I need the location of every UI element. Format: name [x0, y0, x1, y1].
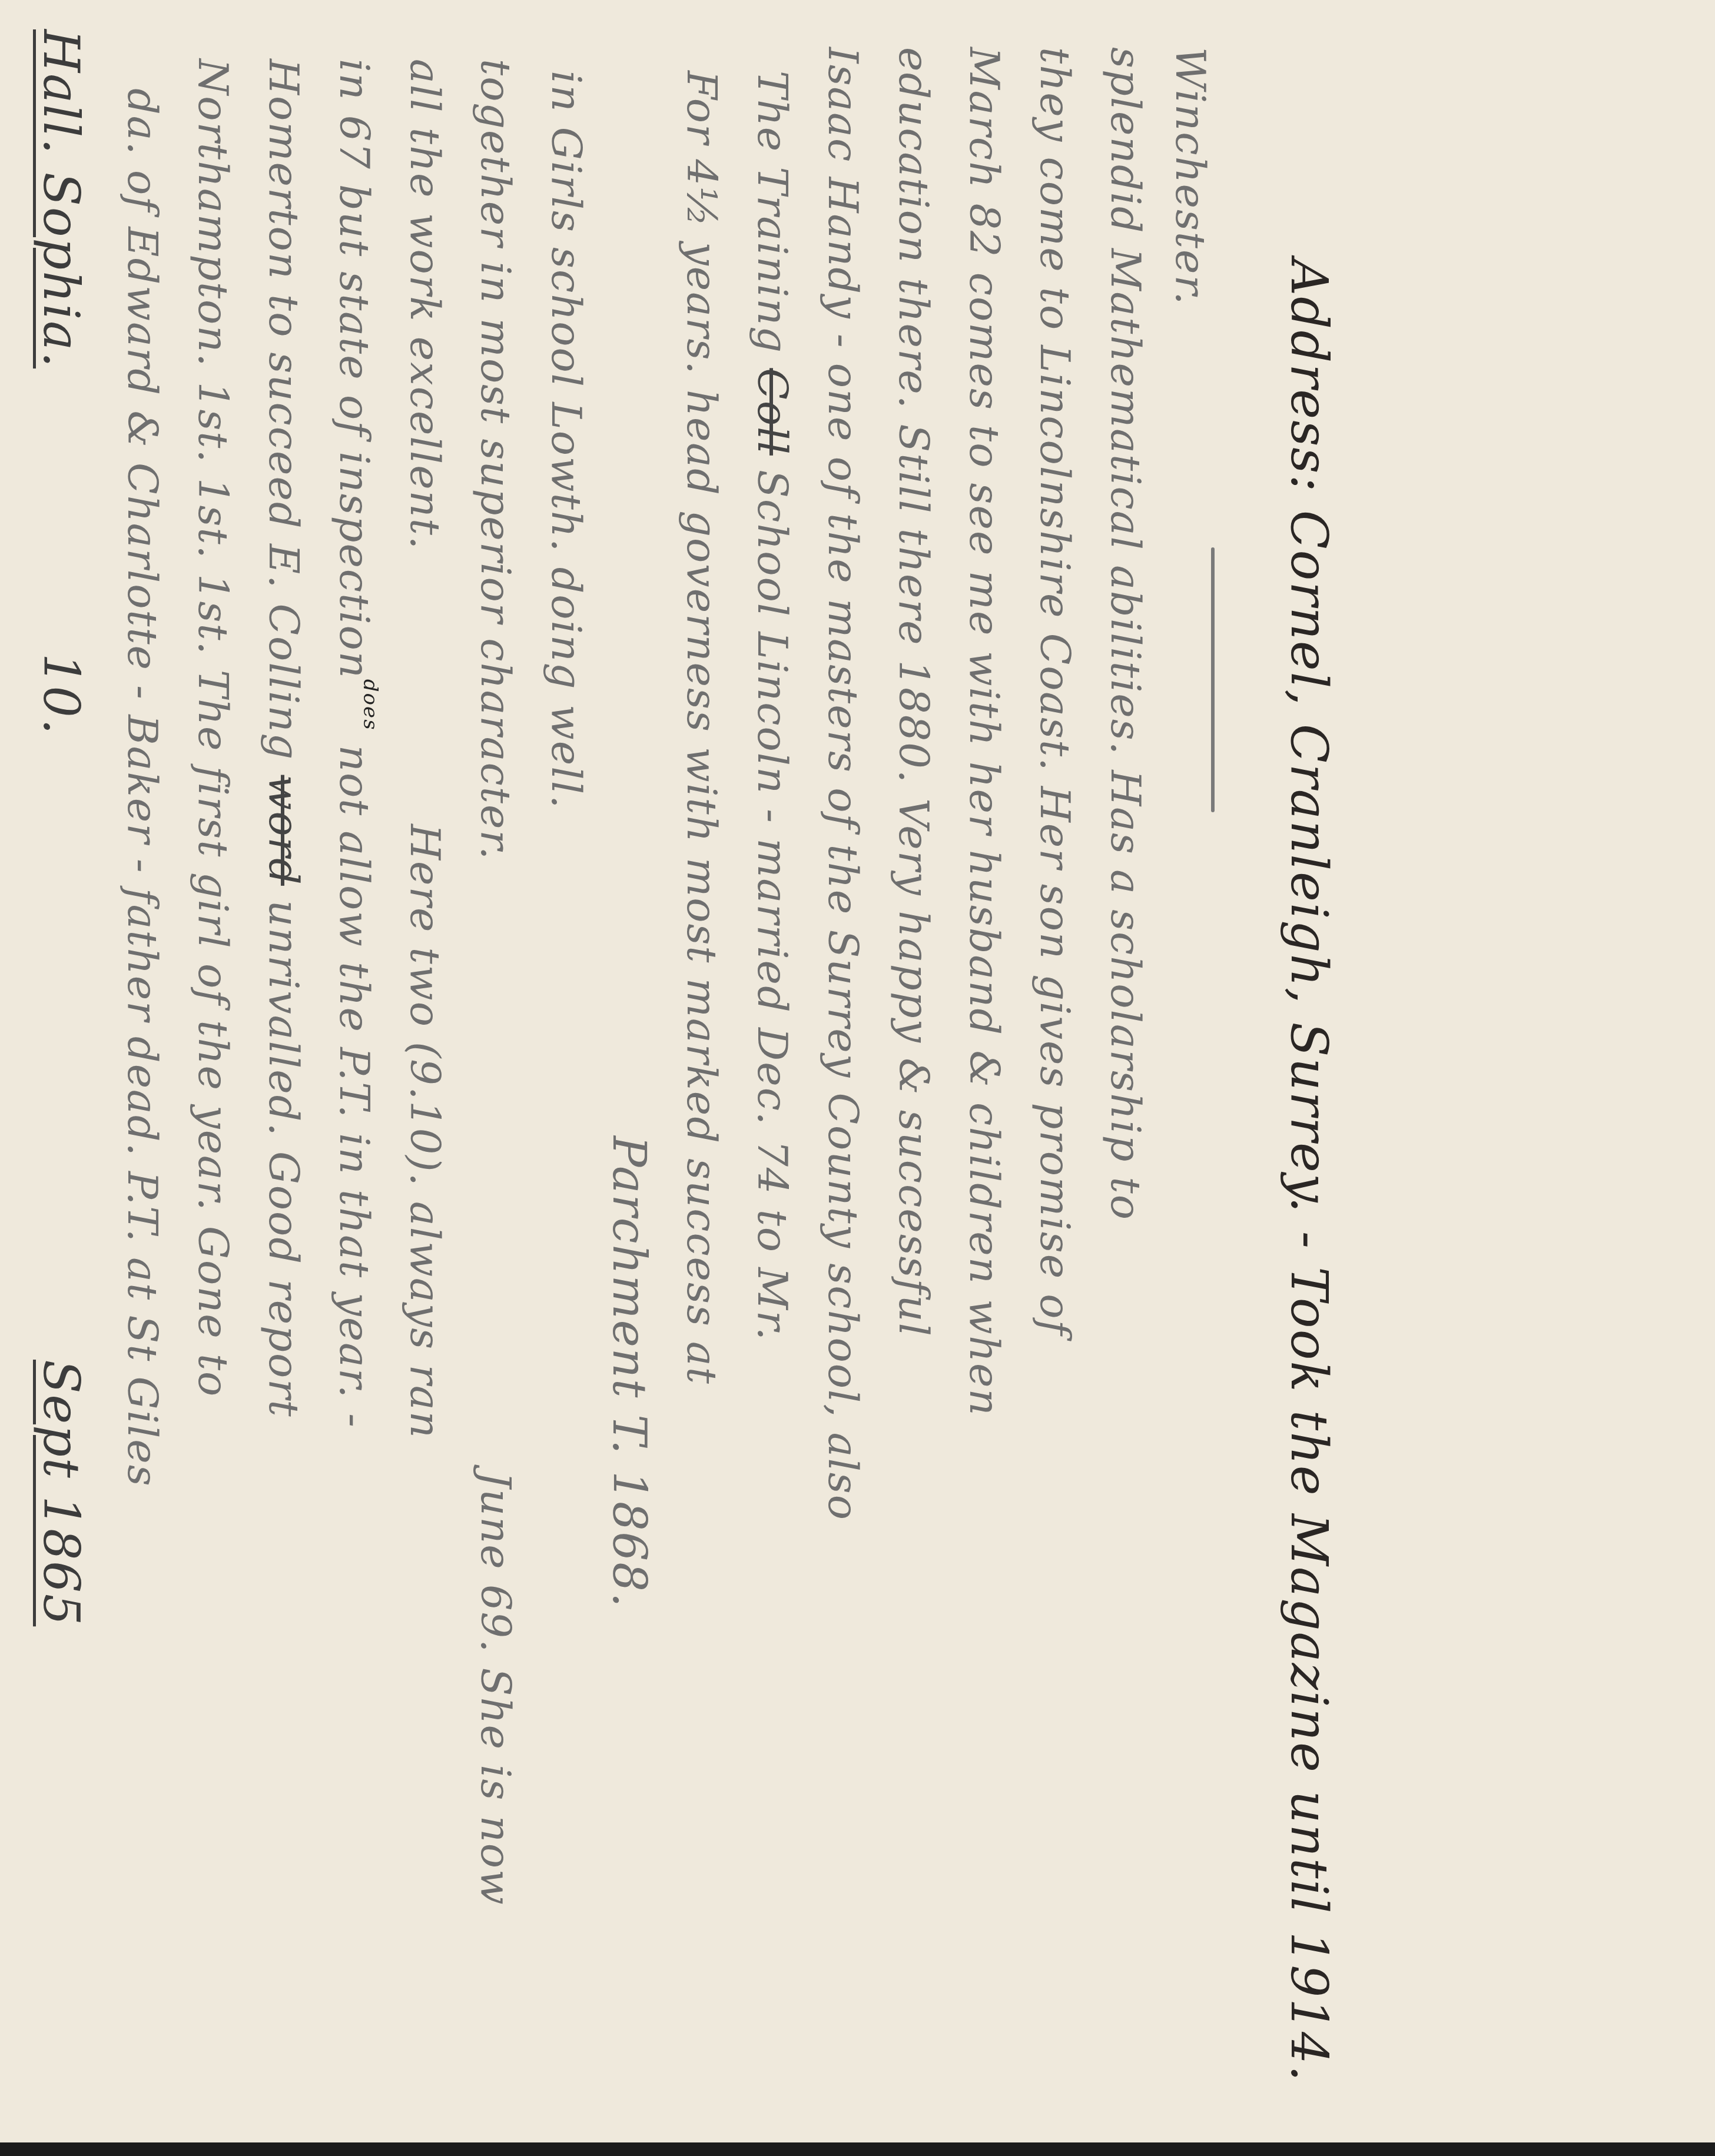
paragraph2-line1: For 4½ years. head governess with most m…	[678, 71, 726, 1385]
paragraph1-line3: Homerton to succeed E. Colling word unri…	[260, 59, 308, 1418]
paragraph1-line1: da. of Edward & Charlotte - Baker - fath…	[118, 88, 167, 1487]
paragraph1-line4: in 67 but state of inspectiondoes not al…	[330, 59, 379, 1429]
paragraph1-line6-left: together in most superior character.	[472, 59, 520, 861]
address-line: Address: Cornel, Cranleigh, Surrey. - To…	[1279, 259, 1338, 2082]
record-number: 10.	[32, 653, 90, 736]
paragraph2-line2: The Training Coll School Lincoln - marri…	[748, 71, 797, 1341]
section-divider	[1211, 547, 1215, 812]
struck-word: word	[260, 775, 308, 886]
paragraph1-line3-after: unrivalled. Good report	[260, 886, 308, 1418]
paragraph2-line5: March 82 comes to see me with her husban…	[960, 47, 1009, 1417]
header-line: Hall. Sophia. 10. Sept 1865	[25, 29, 90, 2148]
rotated-record-card: Hall. Sophia. 10. Sept 1865 da. of Edwar…	[0, 0, 1715, 2142]
inserted-word: does	[359, 679, 382, 731]
paragraph1-line6-right: June 69. She is now	[472, 1471, 520, 1906]
paragraph1-line3-before: Homerton to succeed E. Colling	[260, 59, 308, 775]
paragraph1-line4-after: not allow the P.T. in that year. -	[330, 731, 379, 1429]
record-date: Sept 1865	[32, 1360, 90, 1626]
paragraph1-line7: in Girls school Lowth. doing well.	[542, 71, 591, 809]
paragraph2-line2-after: School Lincoln - married Dec. 74 to Mr.	[748, 456, 797, 1341]
struck-word: Coll	[748, 368, 797, 455]
paragraph1-line4-before: in 67 but state of inspection	[330, 59, 379, 679]
paragraph2-line8: Winchester.	[1166, 47, 1215, 305]
paragraph1-line5-right: Here two (9.10). always ran	[401, 824, 449, 1439]
paragraph2-line6: they come to Lincolnshire Coast. Her son…	[1031, 47, 1079, 1336]
paragraph1-line5-left: all the work excellent.	[401, 59, 449, 550]
paragraph2-line3: Isaac Handy - one of the masters of the …	[819, 47, 867, 1521]
record-name: Hall. Sophia.	[32, 29, 90, 368]
paragraph2-line4: education there. Still there 1880. Very …	[890, 47, 938, 1337]
parchment-line: Parchment T. 1868.	[602, 1136, 655, 1609]
paragraph1-line2: Northampton. 1st. 1st. 1st. The first gi…	[189, 59, 237, 1397]
paragraph2-line7: splendid Mathematical abilities. Has a s…	[1102, 47, 1150, 1221]
paragraph2-line2-before: The Training	[748, 71, 797, 368]
scan-bottom-edge	[0, 2142, 1715, 2156]
